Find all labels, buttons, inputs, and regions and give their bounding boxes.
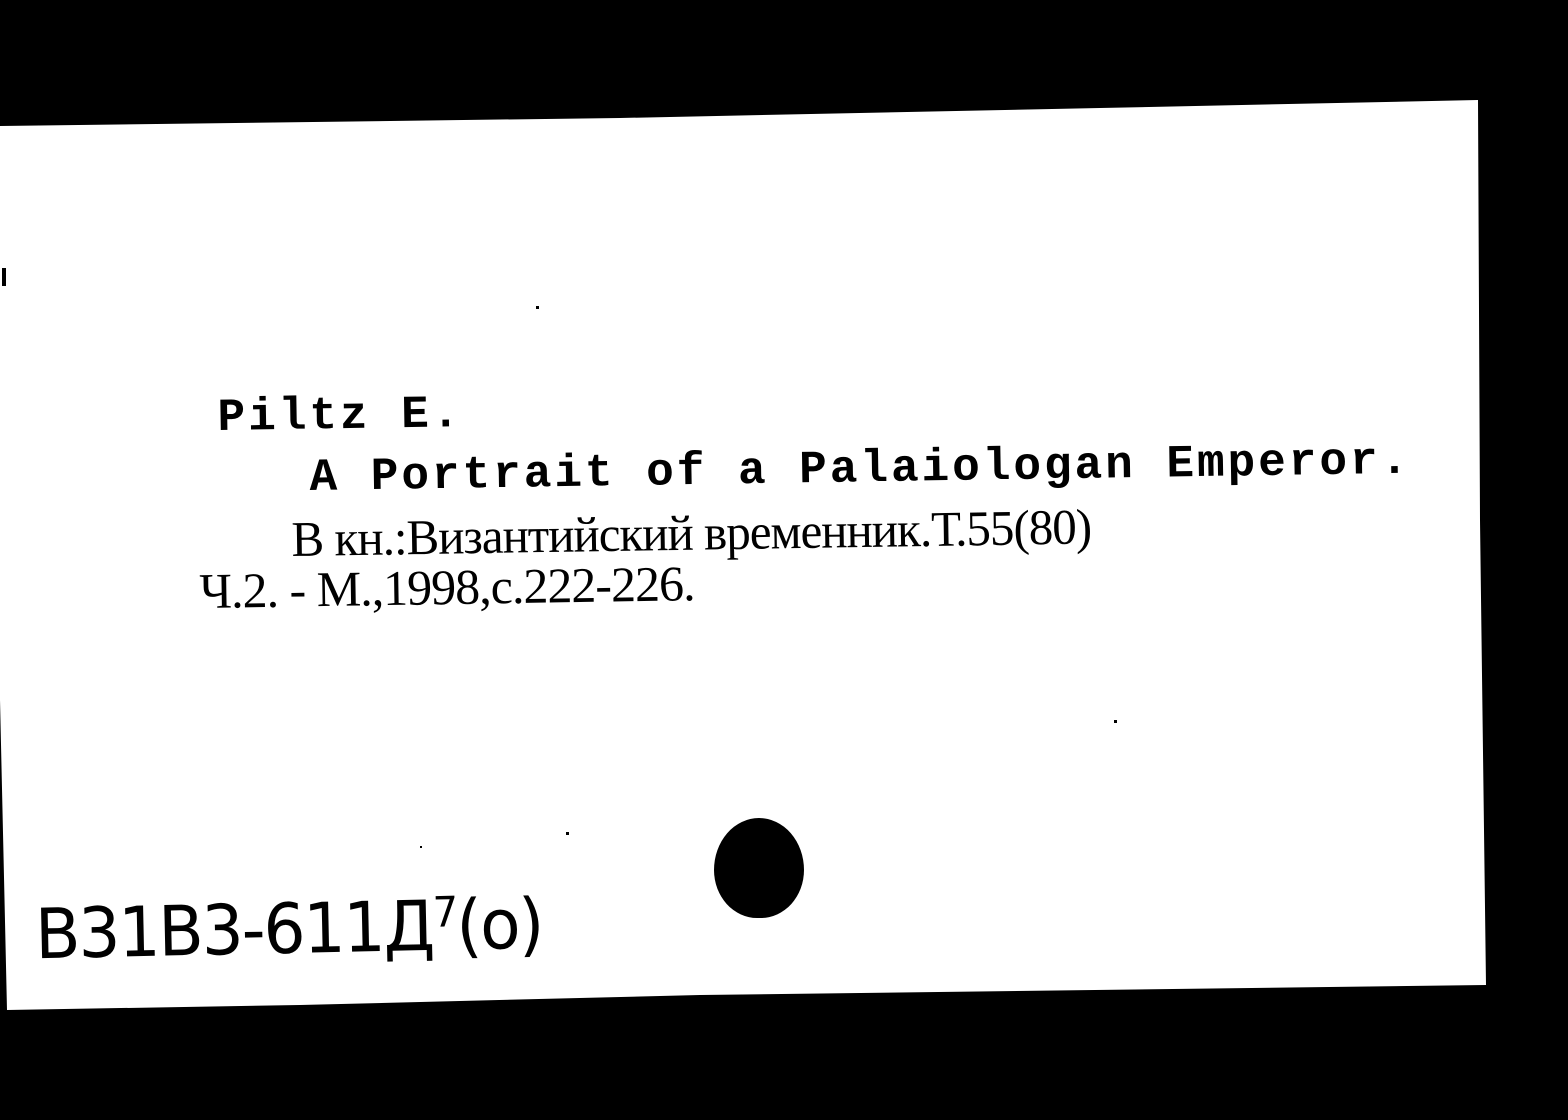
shelfmark-superscript: 7 (432, 888, 456, 937)
card-publication-details: Ч.2. - М.,1998,с.222-226. (199, 554, 695, 620)
scan-speck (1114, 720, 1117, 723)
handwritten-shelfmark: В31В3-611Д7(о) (34, 884, 543, 975)
card-author: Piltz E. (217, 388, 463, 444)
shelfmark-suffix: (о) (456, 884, 544, 967)
scan-speck (536, 306, 539, 309)
scan-speck (420, 846, 422, 848)
shelfmark-main: В31В3-611Д (34, 886, 433, 975)
punch-hole (714, 818, 804, 918)
scan-speck (566, 832, 569, 835)
card-edge-mark (2, 268, 6, 286)
